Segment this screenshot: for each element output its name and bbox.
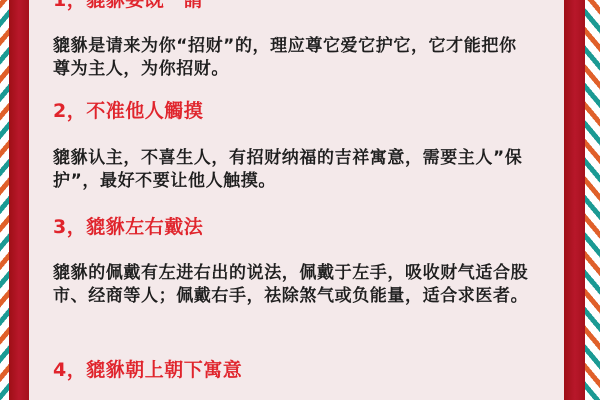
- section-2-body: 貔貅认主，不喜生人，有招财纳福的吉祥寓意，需要主人”保护”，最好不要让他人触摸。: [53, 147, 533, 193]
- section-heading: 2，不准他人觸摸: [53, 99, 533, 123]
- section-heading: 3，貔貅左右戴法: [53, 215, 533, 239]
- section-heading: 1，貔貅要既一請: [53, 0, 533, 12]
- red-frame-bar-left: [9, 0, 29, 400]
- section-3: 3，貔貅左右戴法: [53, 215, 533, 239]
- decorative-stripe-border-right: [585, 0, 600, 400]
- section-heading: 4，貔貅朝上朝下寓意: [53, 358, 533, 382]
- section-1-body: 貔貅是请来为你“招财”的，理应尊它爱它护它，它才能把你尊为主人，为你招财。: [53, 35, 533, 81]
- article-panel: 1，貔貅要既一請 貔貅是请来为你“招财”的，理应尊它爱它护它，它才能把你尊为主人…: [29, 0, 564, 400]
- section-paragraph: 貔貅认主，不喜生人，有招财纳福的吉祥寓意，需要主人”保护”，最好不要让他人触摸。: [53, 147, 533, 193]
- section-4: 4，貔貅朝上朝下寓意: [53, 358, 533, 382]
- section-2: 2，不准他人觸摸: [53, 99, 533, 123]
- section-1: 1，貔貅要既一請: [53, 0, 533, 12]
- section-paragraph: 貔貅是请来为你“招财”的，理应尊它爱它护它，它才能把你尊为主人，为你招财。: [53, 35, 533, 81]
- red-frame-bar-right: [564, 0, 586, 400]
- section-3-body: 貔貅的佩戴有左进右出的说法，佩戴于左手，吸收财气适合股市、经商等人；佩戴右手，祛…: [53, 262, 533, 308]
- section-paragraph: 貔貅的佩戴有左进右出的说法，佩戴于左手，吸收财气适合股市、经商等人；佩戴右手，祛…: [53, 262, 533, 308]
